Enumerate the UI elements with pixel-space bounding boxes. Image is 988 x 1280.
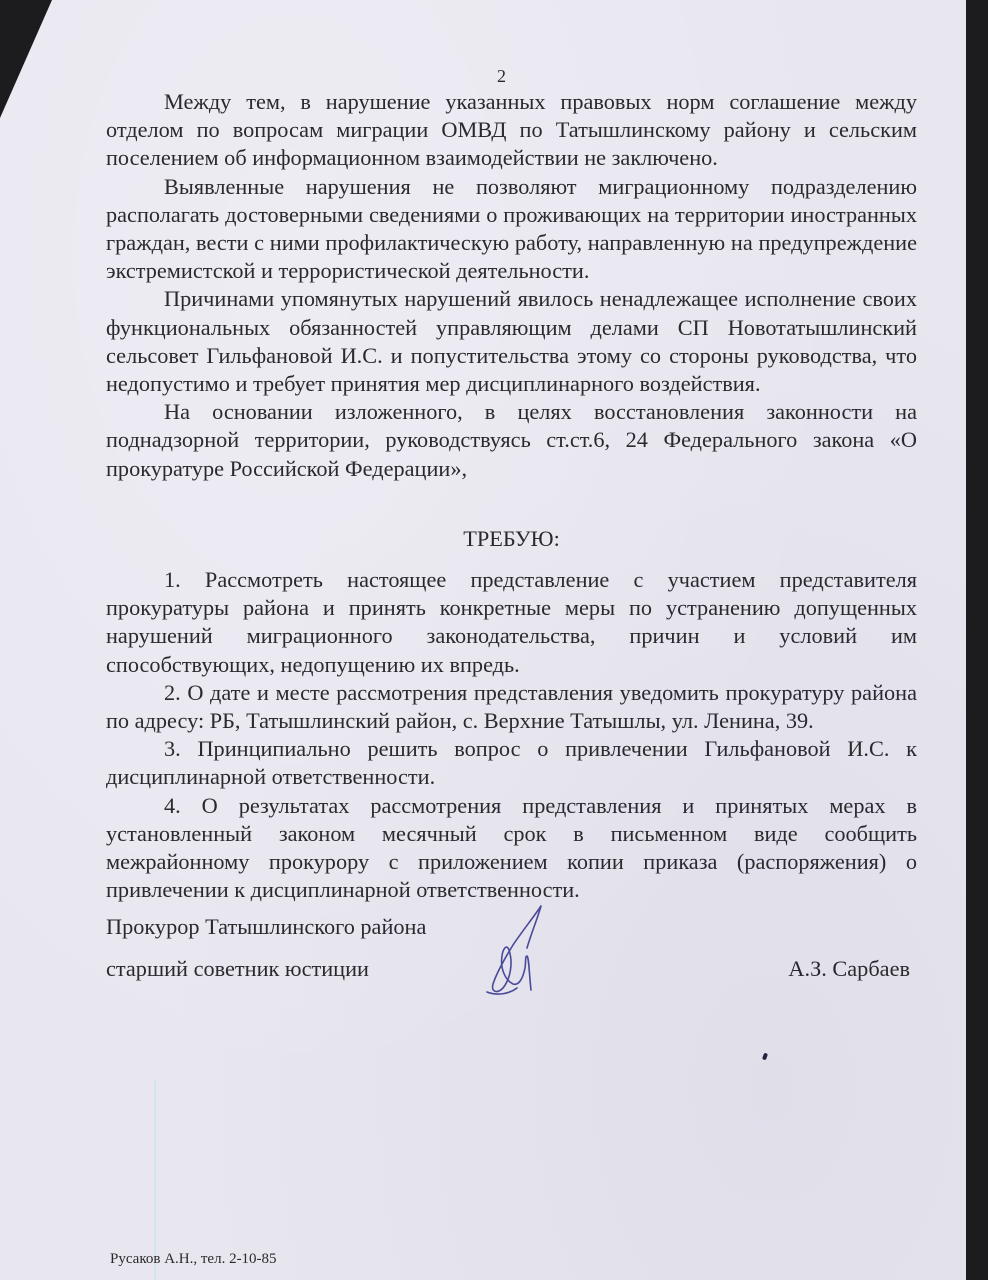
demand-item: 2. О дате и месте рассмотрения представл… <box>106 679 917 735</box>
page-number: 2 <box>497 66 506 87</box>
signer-position: Прокурор Татышлинского района <box>106 913 426 941</box>
scan-artifact-line <box>154 1080 156 1280</box>
footer-contact: Русаков А.Н., тел. 2-10-85 <box>110 1251 277 1268</box>
paragraph: На основании изложенного, в целях восста… <box>106 398 917 483</box>
demand-heading: ТРЕБУЮ: <box>106 525 917 553</box>
signer-name: А.З. Сарбаев <box>788 955 910 983</box>
document-body: Между тем, в нарушение указанных правовы… <box>106 88 917 483</box>
paragraph: Между тем, в нарушение указанных правовы… <box>106 88 917 173</box>
scanned-page: 2 Между тем, в нарушение указанных право… <box>0 0 988 1280</box>
demand-item: 3. Принципиально решить вопрос о привлеч… <box>106 735 917 791</box>
demands-list: 1. Рассмотреть настоящее представление с… <box>106 566 917 904</box>
handwritten-signature-icon <box>483 900 553 1000</box>
paragraph: Причинами упомянутых нарушений явилось н… <box>106 285 917 398</box>
paragraph: Выявленные нарушения не позволяют миграц… <box>106 173 917 286</box>
signer-rank: старший советник юстиции <box>106 955 369 983</box>
demand-item: 1. Рассмотреть настоящее представление с… <box>106 566 917 679</box>
demand-item: 4. О результатах рассмотрения представле… <box>106 792 917 905</box>
